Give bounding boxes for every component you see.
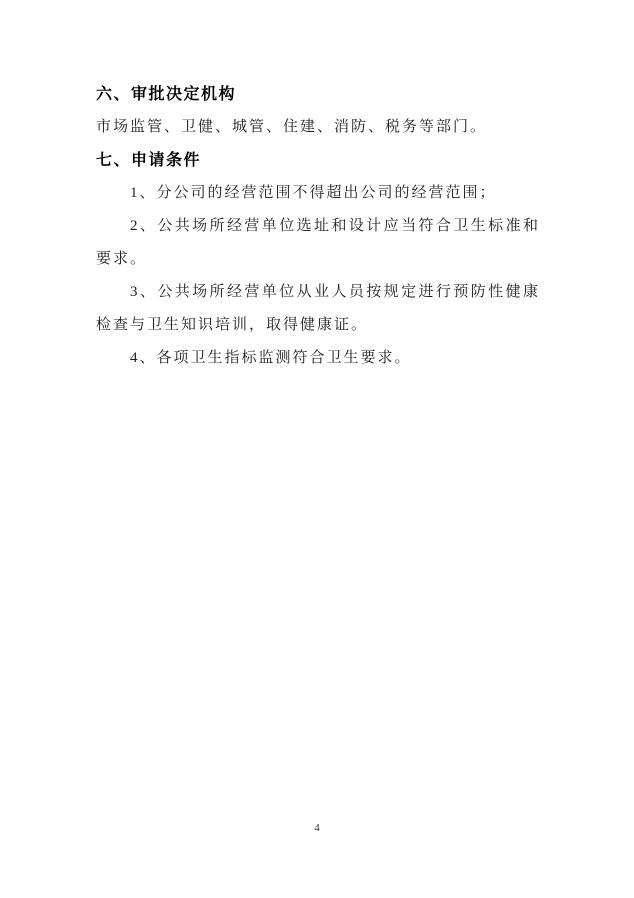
list-item-condition-4: 4、各项卫生指标监测符合卫生要求。 (96, 342, 540, 375)
section-heading-application-conditions: 七、申请条件 (96, 144, 540, 177)
list-item-condition-1: 1、分公司的经营范围不得超出公司的经营范围； (96, 177, 540, 210)
page-number: 4 (0, 822, 634, 834)
list-item-condition-3: 3、公共场所经营单位从业人员按规定进行预防性健康检查与卫生知识培训，取得健康证。 (96, 276, 540, 342)
section-heading-approval-authority: 六、审批决定机构 (96, 78, 540, 111)
paragraph-approval-departments: 市场监管、卫健、城管、住建、消防、税务等部门。 (96, 111, 540, 144)
list-item-condition-2: 2、公共场所经营单位选址和设计应当符合卫生标准和要求。 (96, 210, 540, 276)
document-page: 六、审批决定机构 市场监管、卫健、城管、住建、消防、税务等部门。 七、申请条件 … (0, 0, 634, 898)
document-content: 六、审批决定机构 市场监管、卫健、城管、住建、消防、税务等部门。 七、申请条件 … (96, 78, 540, 375)
